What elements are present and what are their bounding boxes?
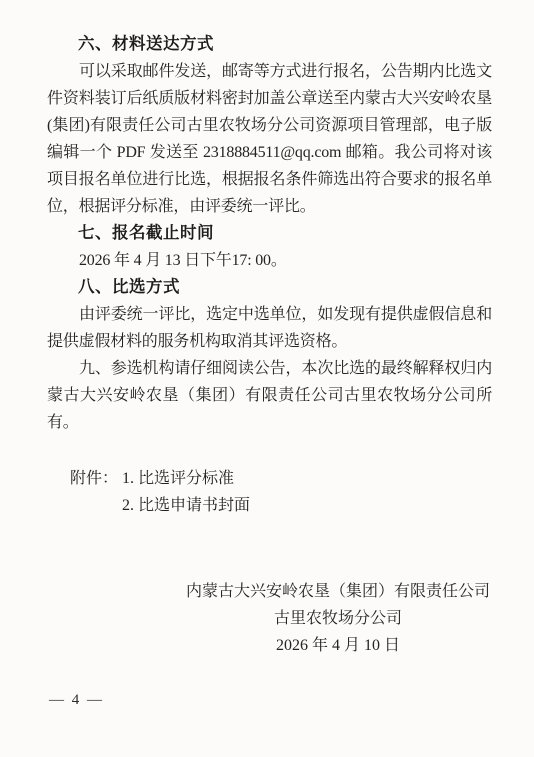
attachments-block: 附件： 1. 比选评分标准 2. 比选申请书封面 [47, 465, 492, 519]
paragraph-deadline: 2026 年 4 月 13 日下午17: 00。 [47, 247, 492, 274]
paragraph-final-interpretation: 九、参选机构请仔细阅读公告，本次比选的最终解释权归内蒙古大兴安岭农垦（集团）有限… [47, 355, 492, 436]
page-number: — 4 — [49, 687, 104, 714]
attachments-label: 附件： [70, 465, 118, 492]
signature-date: 2026 年 4 月 10 日 [186, 632, 490, 659]
section-heading-selection-method: 八、比选方式 [47, 274, 492, 301]
signature-company: 内蒙古大兴安岭农垦（集团）有限责任公司 [186, 578, 490, 605]
section-heading-deadline: 七、报名截止时间 [47, 220, 492, 247]
attachment-item: 2. 比选申请书封面 [122, 492, 250, 519]
attachments-list: 1. 比选评分标准 2. 比选申请书封面 [122, 465, 250, 519]
signature-branch: 古里农牧场分公司 [186, 605, 490, 632]
document-page: 六、材料送达方式 可以采取邮件发送，邮寄等方式进行报名，公告期内比选文件资料装订… [0, 0, 534, 757]
attachment-item: 1. 比选评分标准 [122, 465, 250, 492]
signature-block: 内蒙古大兴安岭农垦（集团）有限责任公司 古里农牧场分公司 2026 年 4 月 … [186, 578, 490, 659]
section-heading-material-delivery: 六、材料送达方式 [47, 31, 492, 58]
paragraph-selection-method: 由评委统一评比，选定中选单位，如发现有提供虚假信息和提供虚假材料的服务机构取消其… [47, 301, 492, 355]
paragraph-material-delivery: 可以采取邮件发送，邮寄等方式进行报名，公告期内比选文件资料装订后纸质版材料密封加… [47, 58, 492, 220]
